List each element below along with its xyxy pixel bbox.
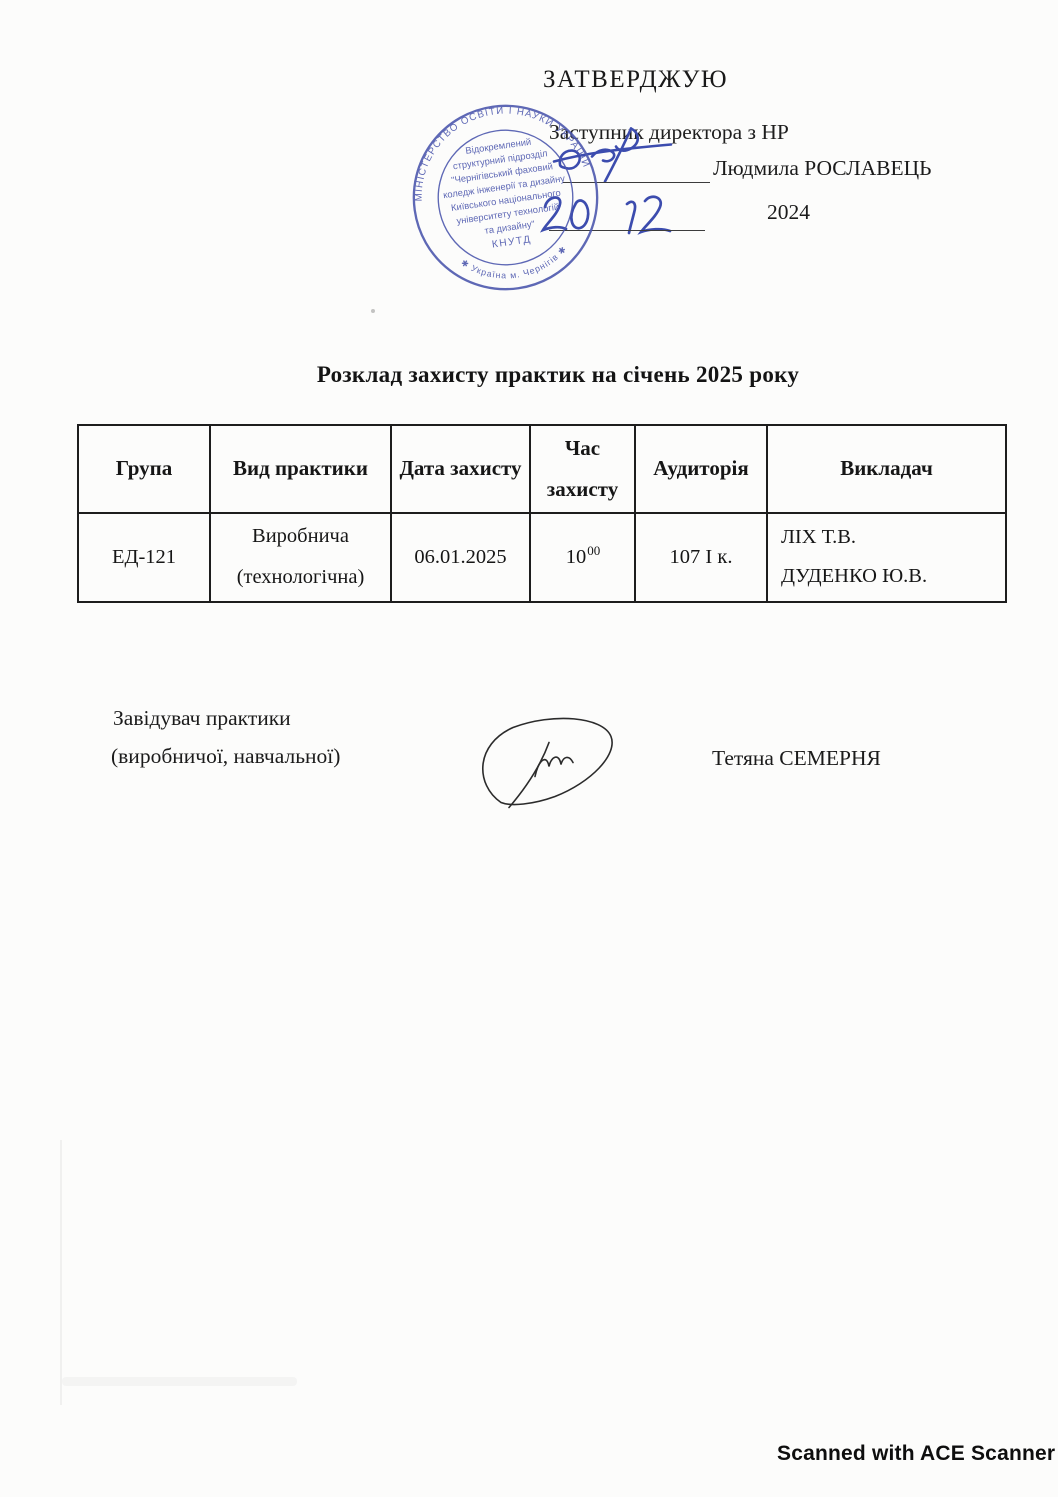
cell-defense-date: 06.01.2025 bbox=[391, 513, 530, 602]
institution-round-stamp: МІНІСТЕРСТВО ОСВІТИ І НАУКИ УКРАЇНИ ✱ Ук… bbox=[395, 87, 615, 307]
stamp-abbrev: КНУТД bbox=[491, 234, 532, 250]
scanned-document-page: ЗАТВЕРДЖУЮ Заступник директора з НР Людм… bbox=[0, 0, 1058, 1497]
table-row: ЕД-121 Виробнича (технологічна) 06.01.20… bbox=[78, 513, 1006, 602]
header-teacher: Викладач bbox=[767, 425, 1006, 513]
header-defense-time: Час захисту bbox=[530, 425, 635, 513]
cell-group: ЕД-121 bbox=[78, 513, 210, 602]
director-name: Людмила РОСЛАВЕЦЬ bbox=[713, 156, 932, 181]
scan-speck bbox=[371, 309, 375, 313]
stamp-ring-bottom-text: ✱ Україна м. Чернігів ✱ bbox=[458, 243, 572, 288]
practice-head-signature-ink bbox=[473, 714, 623, 810]
svg-text:✱ Україна м. Чернігів ✱: ✱ Україна м. Чернігів ✱ bbox=[458, 243, 572, 288]
scan-crease-artifact bbox=[60, 1140, 62, 1405]
header-defense-date: Дата захисту bbox=[391, 425, 530, 513]
cell-practice-type: Виробнича (технологічна) bbox=[210, 513, 391, 602]
schedule-table: Група Вид практики Дата захисту Час захи… bbox=[77, 424, 1007, 603]
practice-head-role-line2: (виробничої, навчальної) bbox=[111, 744, 340, 769]
header-practice-type: Вид практики bbox=[210, 425, 391, 513]
teacher-name-2: ДУДЕНКО Ю.В. bbox=[781, 557, 1001, 596]
table-header-row: Група Вид практики Дата захисту Час захи… bbox=[78, 425, 1006, 513]
header-group: Група bbox=[78, 425, 210, 513]
header-room: Аудиторія bbox=[635, 425, 767, 513]
time-minutes-superscript: 00 bbox=[587, 543, 600, 558]
time-hours: 10 bbox=[566, 546, 587, 568]
approval-year: 2024 bbox=[767, 200, 810, 225]
document-title: Розклад захисту практик на січень 2025 р… bbox=[58, 362, 1058, 388]
cell-room: 107 І к. bbox=[635, 513, 767, 602]
practice-head-role-line1: Завідувач практики bbox=[113, 706, 291, 731]
teacher-name-1: ЛІХ Т.В. bbox=[781, 518, 1001, 557]
stamp-line: та дизайну" bbox=[484, 219, 535, 236]
scan-smudge-artifact bbox=[62, 1377, 297, 1386]
cell-teachers: ЛІХ Т.В. ДУДЕНКО Ю.В. bbox=[767, 513, 1006, 602]
practice-head-name: Тетяна СЕМЕРНЯ bbox=[712, 746, 881, 771]
cell-defense-time: 1000 bbox=[530, 513, 635, 602]
scanner-watermark: Scanned with ACE Scanner bbox=[777, 1442, 1055, 1466]
